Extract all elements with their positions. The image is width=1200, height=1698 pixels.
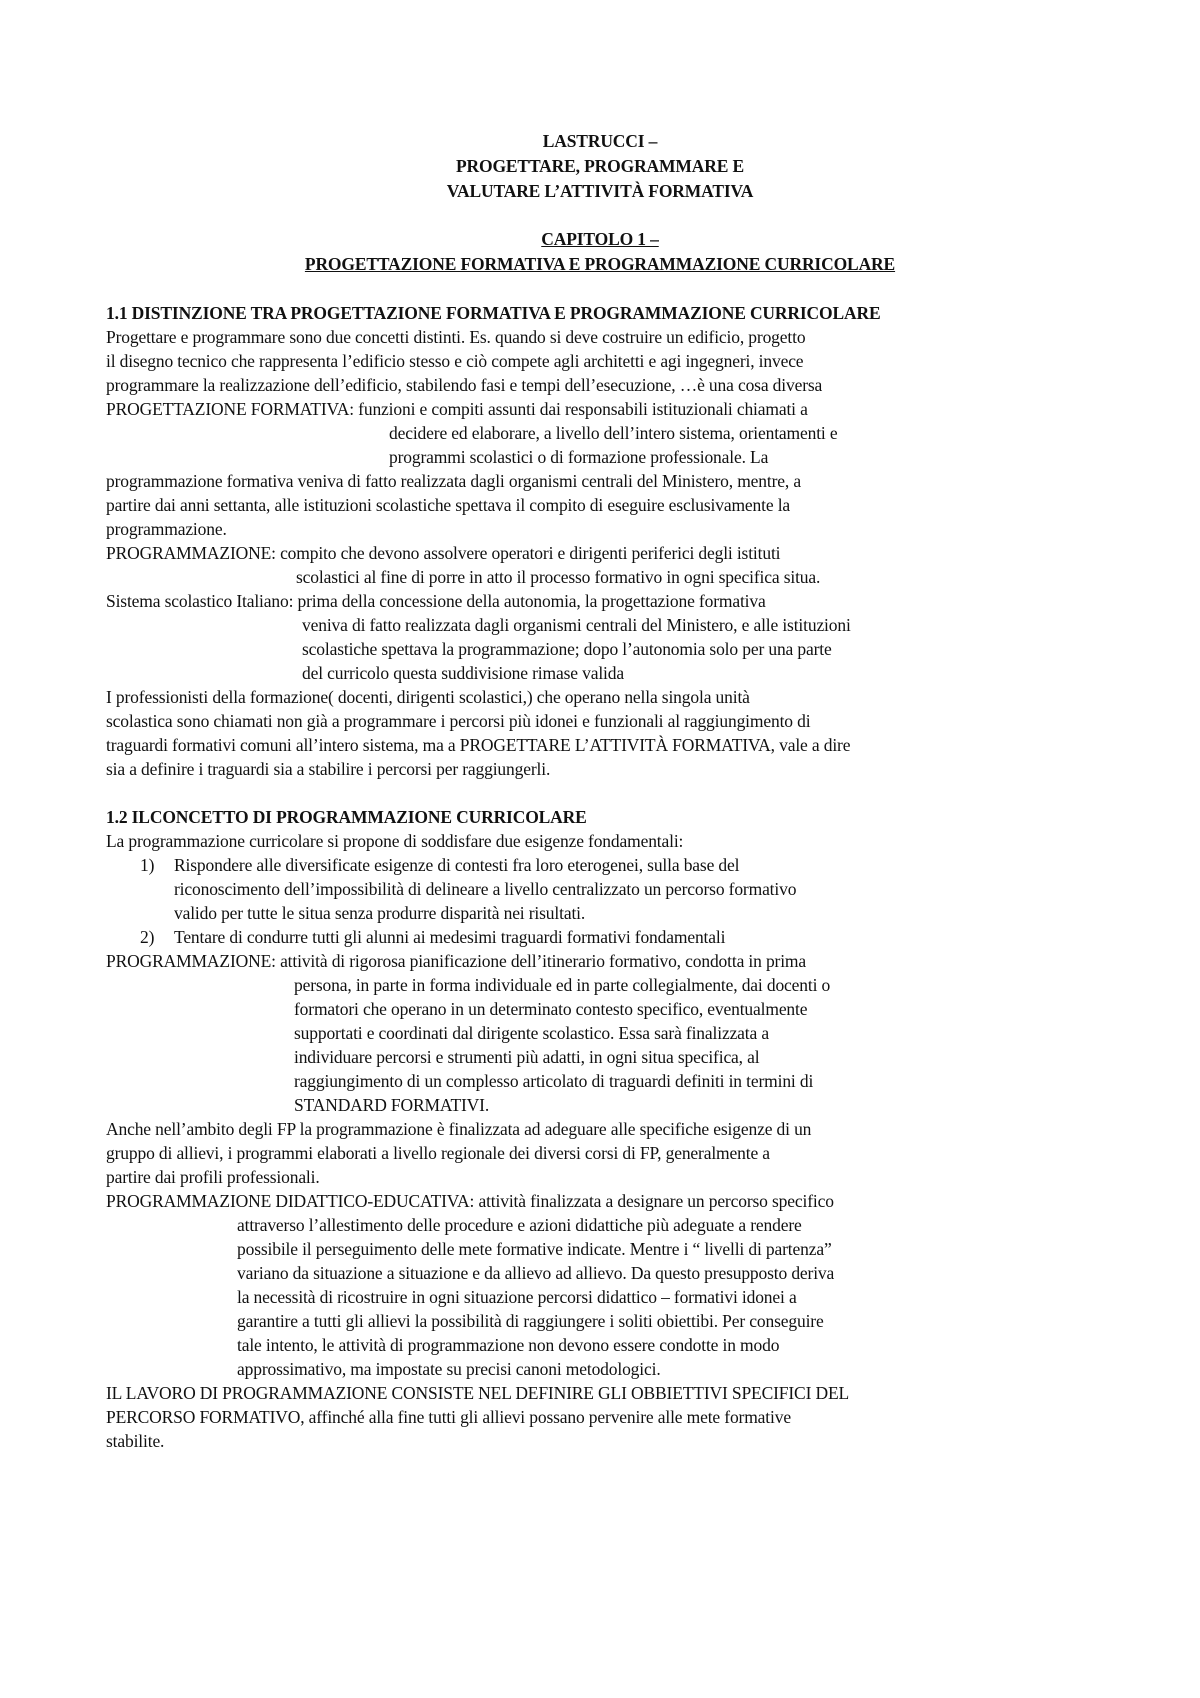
paragraph-line: I professionisti della formazione( docen…	[106, 686, 750, 709]
list-item-1-cont: riconoscimento dell’impossibilità di del…	[174, 878, 796, 901]
chapter-title-text: PROGETTAZIONE FORMATIVA E PROGRAMMAZIONE…	[305, 254, 895, 274]
paragraph-line: gruppo di allievi, i programmi elaborati…	[106, 1142, 770, 1165]
paragraph-line: programmazione formativa veniva di fatto…	[106, 470, 801, 493]
paragraph-line: PERCORSO FORMATIVO, affinché alla fine t…	[106, 1406, 791, 1429]
paragraph-line-indented: del curricolo questa suddivisione rimase…	[302, 662, 624, 685]
definition-programmazione-didattico-educativa: PROGRAMMAZIONE DIDATTICO-EDUCATIVA: atti…	[106, 1190, 834, 1213]
definition-programmazione-2: PROGRAMMAZIONE: attività di rigorosa pia…	[106, 950, 806, 973]
paragraph-line: Progettare e programmare sono due concet…	[106, 326, 805, 349]
doc-title-author: LASTRUCCI –	[0, 130, 1200, 153]
chapter-number: CAPITOLO 1 –	[541, 229, 658, 249]
list-item-1-cont: valido per tutte le situa senza produrre…	[174, 902, 585, 925]
section-heading-1-1: 1.1 DISTINZIONE TRA PROGETTAZIONE FORMAT…	[106, 302, 881, 325]
chapter-heading: CAPITOLO 1 –	[0, 228, 1200, 251]
paragraph-line-indented: formatori che operano in un determinato …	[294, 998, 807, 1021]
paragraph-line: programmare la realizzazione dell’edific…	[106, 374, 822, 397]
paragraph-line-indented: scolastici al fine di porre in atto il p…	[296, 566, 820, 589]
paragraph-line-indented: decidere ed elaborare, a livello dell’in…	[389, 422, 837, 445]
paragraph-line-indented: persona, in parte in forma individuale e…	[294, 974, 830, 997]
paragraph-line: sia a definire i traguardi sia a stabili…	[106, 758, 550, 781]
paragraph-line: il disegno tecnico che rappresenta l’edi…	[106, 350, 803, 373]
doc-title-line2: PROGETTARE, PROGRAMMARE E	[0, 155, 1200, 178]
list-marker-1: 1)	[140, 854, 154, 877]
paragraph-line-indented: programmi scolastici o di formazione pro…	[389, 446, 768, 469]
paragraph-line: partire dai profili professionali.	[106, 1166, 320, 1189]
paragraph-line: partire dai anni settanta, alle istituzi…	[106, 494, 790, 517]
list-item-2: Tentare di condurre tutti gli alunni ai …	[174, 926, 725, 949]
paragraph-line: IL LAVORO DI PROGRAMMAZIONE CONSISTE NEL…	[106, 1382, 849, 1405]
paragraph-line: stabilite.	[106, 1430, 164, 1453]
paragraph-line-indented: supportati e coordinati dal dirigente sc…	[294, 1022, 769, 1045]
list-item-1: Rispondere alle diversificate esigenze d…	[174, 854, 739, 877]
paragraph-line-indented: individuare percorsi e strumenti più ada…	[294, 1046, 759, 1069]
paragraph-line-indented: garantire a tutti gli allievi la possibi…	[237, 1310, 824, 1333]
paragraph-line-indented: tale intento, le attività di programmazi…	[237, 1334, 779, 1357]
paragraph-line-indented: STANDARD FORMATIVI.	[294, 1094, 489, 1117]
paragraph-line: traguardi formativi comuni all’intero si…	[106, 734, 850, 757]
section-heading-1-2: 1.2 ILCONCETTO DI PROGRAMMAZIONE CURRICO…	[106, 806, 587, 829]
paragraph-line: programmazione.	[106, 518, 227, 541]
paragraph-line-indented: possibile il perseguimento delle mete fo…	[237, 1238, 832, 1261]
document-page: LASTRUCCI – PROGETTARE, PROGRAMMARE E VA…	[0, 0, 1200, 1698]
definition-programmazione: PROGRAMMAZIONE: compito che devono assol…	[106, 542, 780, 565]
paragraph-line: scolastica sono chiamati non già a progr…	[106, 710, 810, 733]
list-marker-2: 2)	[140, 926, 154, 949]
paragraph-line-indented: approssimativo, ma impostate su precisi …	[237, 1358, 661, 1381]
doc-title-line3: VALUTARE L’ATTIVITÀ FORMATIVA	[0, 180, 1200, 203]
paragraph-line: Anche nell’ambito degli FP la programmaz…	[106, 1118, 811, 1141]
paragraph-line-indented: la necessità di ricostruire in ogni situ…	[237, 1286, 797, 1309]
paragraph-line-indented: scolastiche spettava la programmazione; …	[302, 638, 832, 661]
paragraph-line-indented: veniva di fatto realizzata dagli organis…	[302, 614, 851, 637]
paragraph-line: La programmazione curricolare si propone…	[106, 830, 683, 853]
paragraph-line-indented: variano da situazione a situazione e da …	[237, 1262, 834, 1285]
paragraph-line-indented: attraverso l’allestimento delle procedur…	[237, 1214, 802, 1237]
definition-progettazione-formativa: PROGETTAZIONE FORMATIVA: funzioni e comp…	[106, 398, 808, 421]
definition-sistema-scolastico: Sistema scolastico Italiano: prima della…	[106, 590, 766, 613]
chapter-title: PROGETTAZIONE FORMATIVA E PROGRAMMAZIONE…	[0, 253, 1200, 276]
paragraph-line-indented: raggiungimento di un complesso articolat…	[294, 1070, 813, 1093]
